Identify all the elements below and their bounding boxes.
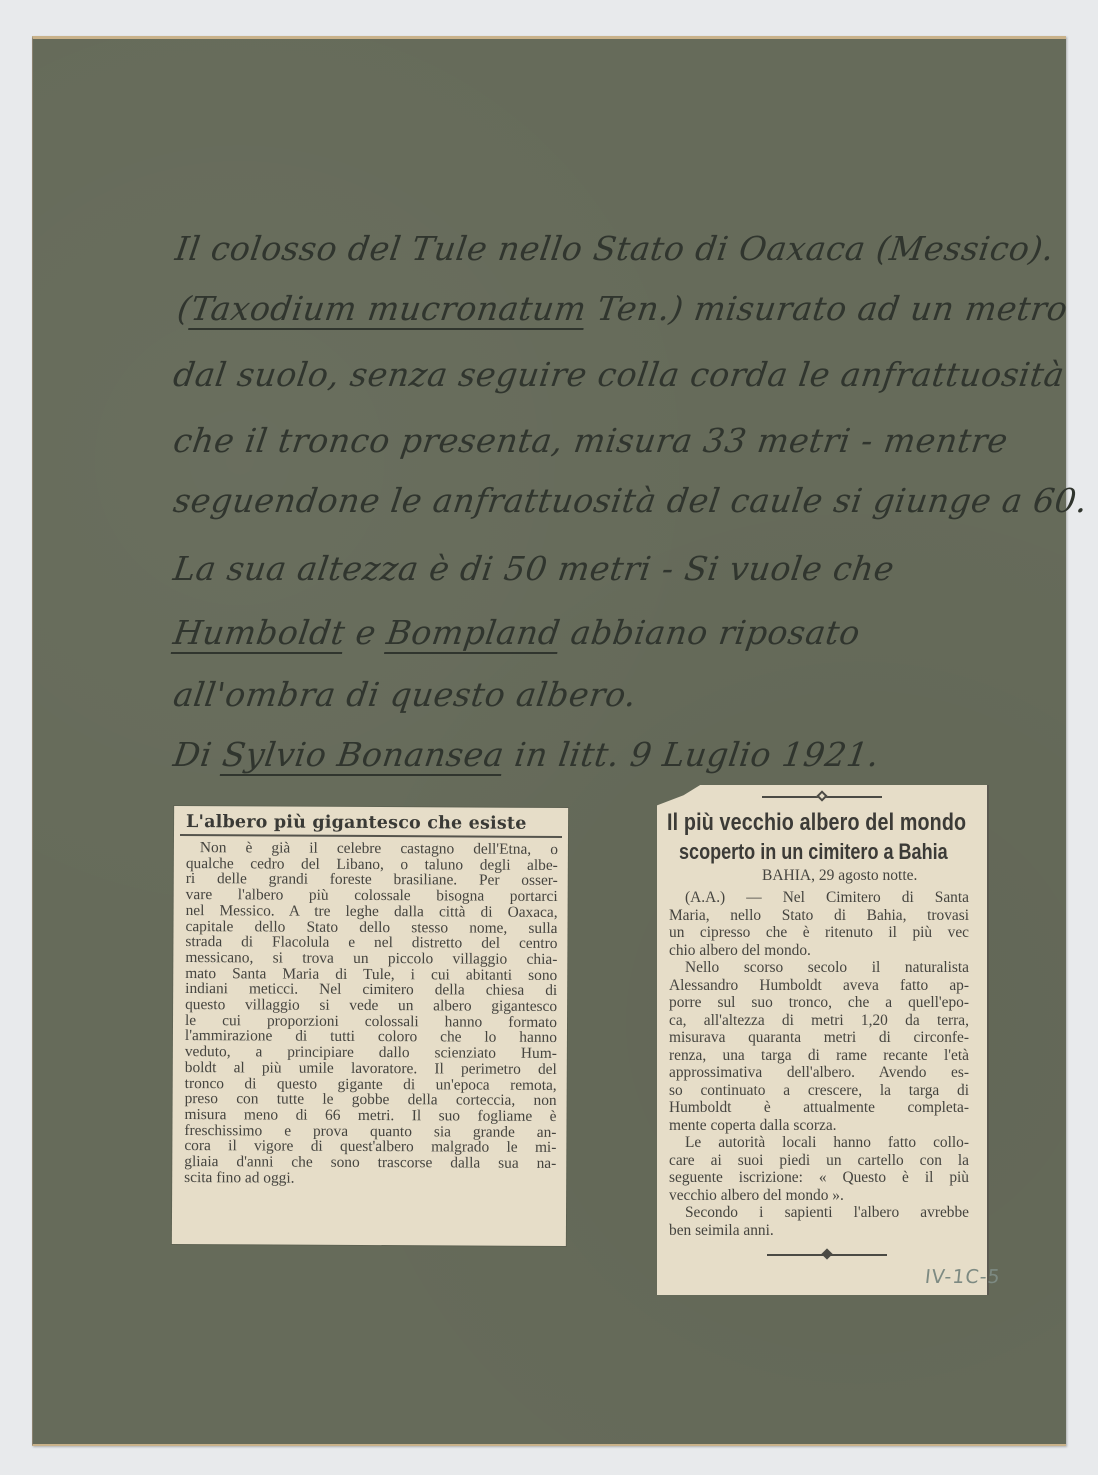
note-text: abbiano riposato bbox=[557, 613, 862, 652]
clipping-line: Maria, nello Stato di Bahia, trovasi bbox=[669, 907, 969, 925]
note-text: e bbox=[342, 613, 389, 652]
clipping-line: Alessandro Humboldt aveva fatto ap- bbox=[669, 977, 969, 995]
note-line: La sua altezza è di 50 metri - Si vuole … bbox=[171, 549, 897, 588]
mounting-card: Il colosso del Tule nello Stato di Oaxac… bbox=[32, 36, 1066, 1446]
clipping-line: (A.A.) — Nel Cimitero di Santa bbox=[669, 889, 969, 907]
clipping-subheadline: scoperto in un cimitero a Bahia bbox=[679, 839, 932, 865]
clipping-line: un cipresso che è ritenuto il più vec bbox=[669, 924, 969, 942]
ornament-rule-icon bbox=[762, 791, 882, 803]
clipping-line: Humboldt è attualmente completa- bbox=[669, 1099, 969, 1117]
clipping-line: ben seimila anni. bbox=[669, 1222, 969, 1240]
clipping-line: vecchio albero del mondo ». bbox=[669, 1187, 969, 1205]
newspaper-clipping-right: Il più vecchio albero del mondo scoperto… bbox=[657, 785, 989, 1295]
clipping-line: care ai suoi piedi un cartello con la bbox=[669, 1152, 969, 1170]
clipping-body: Non è già il celebre castagno dell'Etna,… bbox=[172, 836, 568, 1188]
clipping-line: Le autorità locali hanno fatto collo- bbox=[669, 1134, 969, 1152]
clipping-headline: Il più vecchio albero del mondo bbox=[667, 809, 929, 837]
clipping-headline: L'albero più gigantesco che esiste bbox=[180, 806, 562, 838]
clipping-line: ca, all'altezza di metri 1,20 da terra, bbox=[669, 1012, 969, 1030]
clipping-line: renza, una targa di rame recante l'età bbox=[669, 1047, 969, 1065]
newspaper-clipping-left: L'albero più gigantesco che esiste Non è… bbox=[172, 806, 568, 1246]
clipping-line: scita fino ad oggi. bbox=[184, 1170, 556, 1188]
catalog-mark: IV-1C-5 bbox=[924, 1266, 1002, 1288]
clipping-line: so continuato a crescere, la targa di bbox=[669, 1082, 969, 1100]
clipping-line: Secondo i sapienti l'albero avrebbe bbox=[669, 1204, 969, 1222]
note-text: Di bbox=[171, 735, 225, 774]
clipping-line: Nello scorso secolo il naturalista bbox=[669, 959, 969, 977]
note-line: Il colosso del Tule nello Stato di Oaxac… bbox=[173, 229, 1057, 268]
note-line: Di Sylvio Bonansea in litt. 9 Luglio 192… bbox=[171, 735, 882, 774]
person-name: Humboldt bbox=[171, 613, 348, 652]
note-line: (Taxodium mucronatum Ten.) misurato ad u… bbox=[175, 289, 1070, 328]
person-name: Bompland bbox=[384, 613, 563, 652]
clipping-body: (A.A.) — Nel Cimitero di Santa Maria, ne… bbox=[657, 885, 987, 1239]
clipping-line: porre sul suo tronco, che a quell'epo- bbox=[669, 994, 969, 1012]
note-line: che il tronco presenta, misura 33 metri … bbox=[171, 421, 1011, 460]
note-line: Humboldt e Bompland abbiano riposato bbox=[171, 613, 863, 652]
note-line: dal suolo, senza seguire colla corda le … bbox=[171, 355, 1067, 394]
note-line: all'ombra di questo albero. bbox=[171, 675, 639, 714]
clipping-line: misurava quaranta metri di circonfe- bbox=[669, 1029, 969, 1047]
note-text: Ten.) misurato ad un metro bbox=[584, 289, 1071, 328]
clipping-line: mente coperta dalla scorza. bbox=[669, 1117, 969, 1135]
person-name: Sylvio Bonansea bbox=[220, 735, 507, 774]
note-text: in litt. 9 Luglio 1921. bbox=[501, 735, 882, 774]
species-name: Taxodium mucronatum bbox=[188, 289, 589, 328]
clipping-line: seguente iscrizione: « Questo è il più bbox=[669, 1169, 969, 1187]
clipping-line: approssimativa dell'albero. Avendo es- bbox=[669, 1064, 969, 1082]
note-line: seguendone le anfrattuosità del caule si… bbox=[171, 481, 1090, 520]
clipping-line: chio albero del mondo. bbox=[669, 942, 969, 960]
ornament-rule-icon bbox=[767, 1249, 887, 1261]
clipping-dateline: BAHIA, 29 agosto notte. bbox=[762, 867, 987, 885]
